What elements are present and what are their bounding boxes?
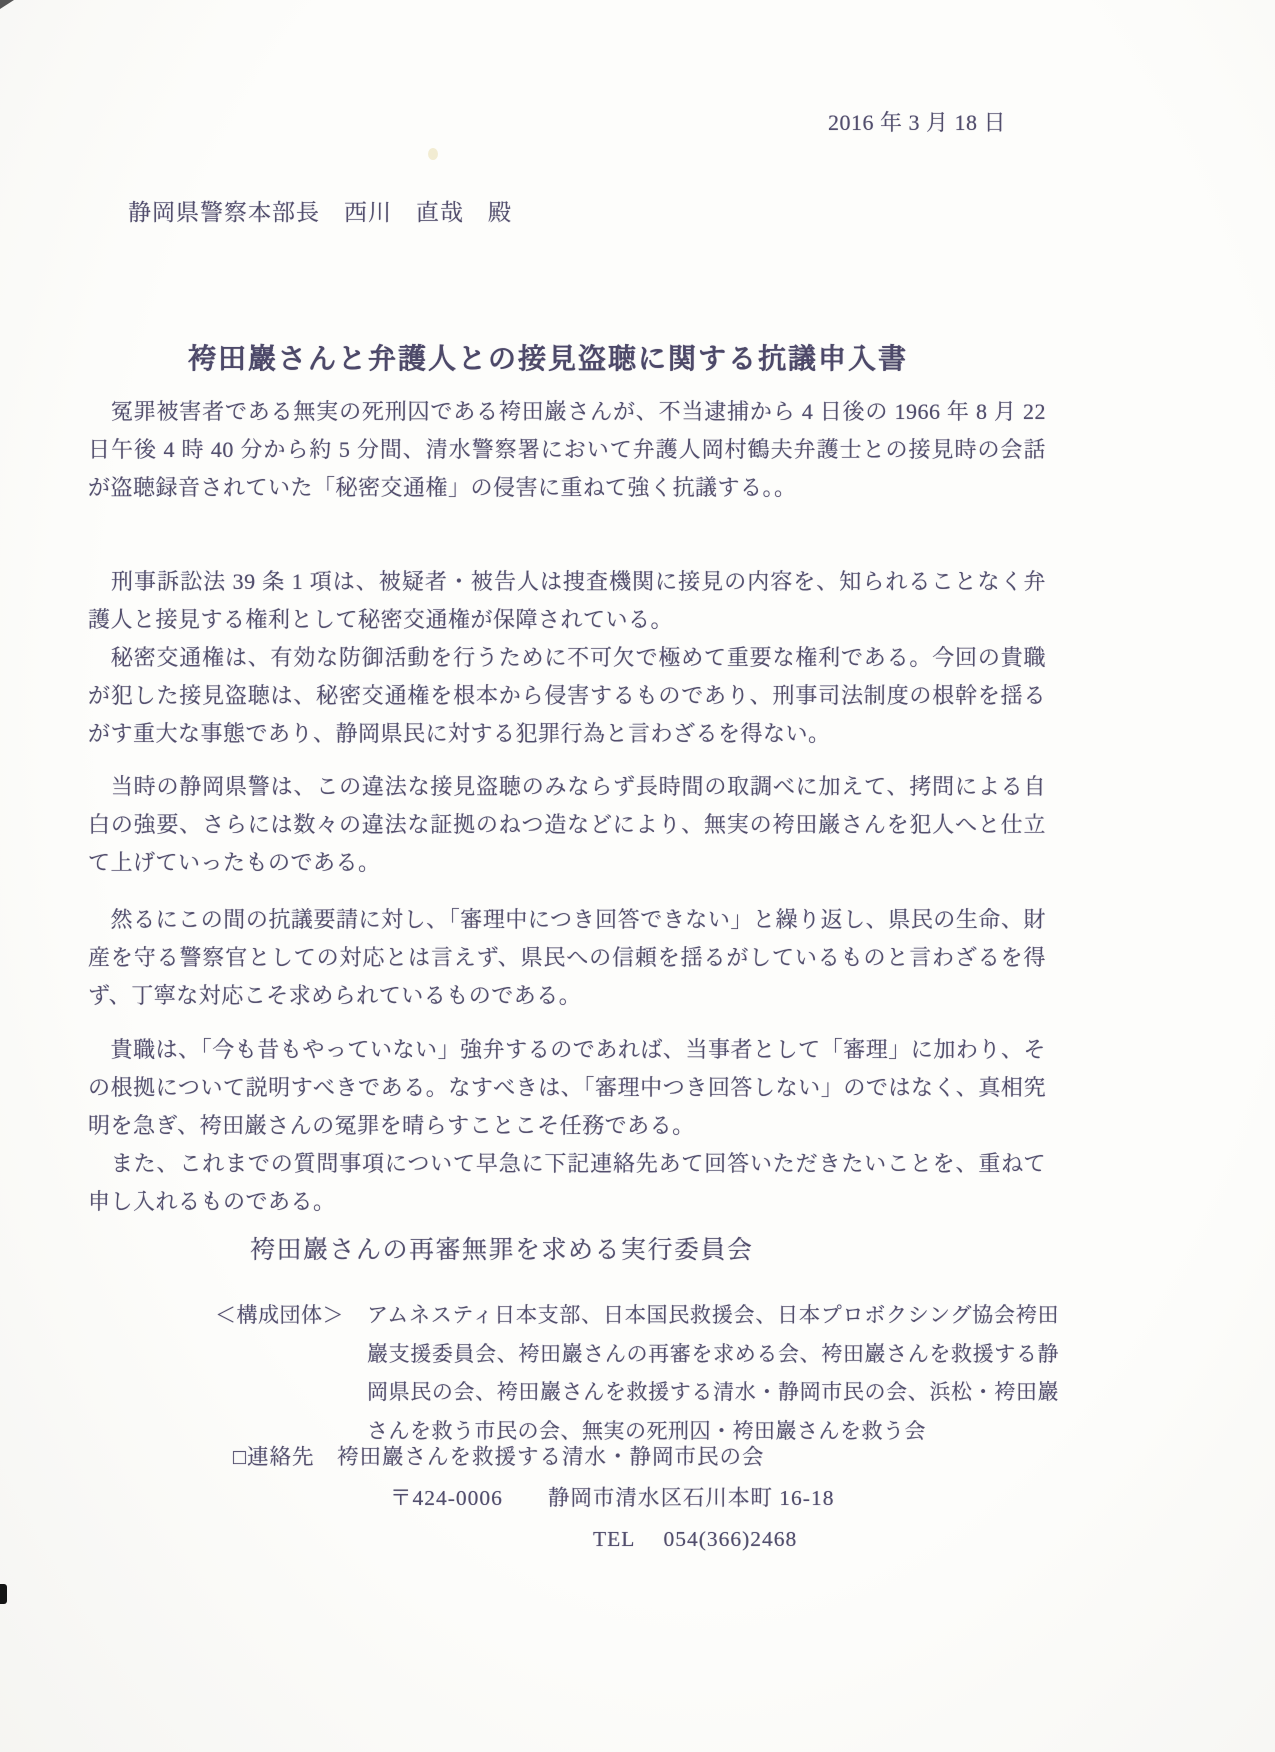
body-block-4: 然るにこの間の抗議要請に対し、「審理中につき回答できない」と繰り返し、県民の生命… [88, 901, 1046, 1015]
body-paragraph: 当時の静岡県警は、この違法な接見盗聴のみならず長時間の取調べに加えて、拷問による… [88, 768, 1046, 882]
body-paragraph: また、これまでの質問事項について早急に下記連絡先あて回答いただきたいことを、重ね… [88, 1145, 1046, 1221]
document-title: 袴田巖さんと弁護人との接見盗聴に関する抗議申入書 [188, 337, 933, 377]
body-block-1: 冤罪被害者である無実の死刑囚である袴田巌さんが、不当逮捕から 4 日後の 196… [88, 393, 1046, 507]
date-line: 2016 年 3 月 18 日 [828, 106, 1006, 137]
addressee-line: 静岡県警察本部長 西川 直哉 殿 [128, 194, 512, 227]
body-paragraph: 貴職は、「今も昔もやっていない」強弁するのであれば、当事者として「審理」に加わり… [88, 1031, 1046, 1145]
scan-artifact-corner [0, 0, 14, 9]
contact-name-line: □連絡先 袴田巖さんを救援する清水・静岡市民の会 [233, 1440, 765, 1471]
body-paragraph: 秘密交通権は、有効な防御活動を行うために不可欠で極めて重要な権利である。今回の貴… [88, 639, 1046, 753]
member-groups-label: ＜構成団体＞ [215, 1296, 367, 1450]
body-paragraph: 然るにこの間の抗議要請に対し、「審理中につき回答できない」と繰り返し、県民の生命… [88, 901, 1046, 1015]
paper-stain [428, 148, 438, 160]
body-block-5: 貴職は、「今も昔もやっていない」強弁するのであれば、当事者として「審理」に加わり… [88, 1031, 1046, 1221]
contact-address-line: 〒424-0006 静岡市清水区石川本町 16-18 [390, 1481, 834, 1512]
scanned-letter-page: 2016 年 3 月 18 日 静岡県警察本部長 西川 直哉 殿 袴田巖さんと弁… [0, 0, 1275, 1752]
member-groups-block: ＜構成団体＞ アムネスティ日本支部、日本国民救援会、日本プロボクシング協会袴田巖… [215, 1296, 1059, 1450]
body-paragraph: 刑事訴訟法 39 条 1 項は、被疑者・被告人は捜査機関に接見の内容を、知られる… [88, 563, 1046, 639]
body-block-3: 当時の静岡県警は、この違法な接見盗聴のみならず長時間の取調べに加えて、拷問による… [88, 768, 1046, 882]
committee-signature: 袴田巖さんの再審無罪を求める実行委員会 [250, 1230, 754, 1266]
body-paragraph: 冤罪被害者である無実の死刑囚である袴田巌さんが、不当逮捕から 4 日後の 196… [88, 393, 1046, 507]
scan-artifact-left-edge [0, 1584, 7, 1604]
body-block-2: 刑事訴訟法 39 条 1 項は、被疑者・被告人は捜査機関に接見の内容を、知られる… [88, 563, 1046, 753]
contact-tel-line: TEL 054(366)2468 [593, 1522, 797, 1553]
member-groups-text: アムネスティ日本支部、日本国民救援会、日本プロボクシング協会袴田巖支援委員会、袴… [367, 1296, 1059, 1450]
